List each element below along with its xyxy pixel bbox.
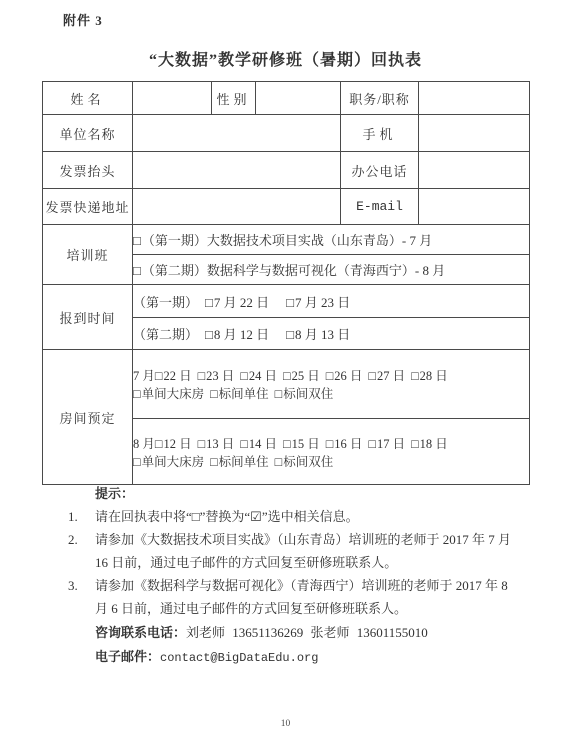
org-label: 单位名称 [43, 115, 133, 152]
checkbox-icon[interactable]: □ [198, 369, 206, 383]
checkbox-icon[interactable]: □ [133, 263, 141, 278]
checkbox-icon[interactable]: □ [326, 437, 334, 451]
invoice-address-value-cell[interactable] [133, 189, 341, 225]
page-number: 10 [0, 719, 571, 729]
checkbox-icon[interactable]: □ [368, 437, 376, 451]
checkbox-icon[interactable]: □ [155, 369, 163, 383]
checkin-date-label: 8 月 13 日 [295, 327, 350, 342]
checkbox-icon[interactable]: □ [210, 455, 218, 469]
email-value-cell[interactable] [419, 189, 530, 225]
training-option-label: （第二期）数据科学与数据可视化（青海西宁）- 8 月 [142, 263, 445, 278]
attachment-label: 附件 3 [63, 10, 103, 29]
room-type-label: 标间单住 [219, 455, 269, 469]
checkbox-icon[interactable]: □ [286, 327, 294, 342]
checkbox-icon[interactable]: □ [133, 455, 141, 469]
checkin-date-label: 7 月 22 日 [214, 295, 269, 310]
position-label: 职务/职称 [341, 82, 419, 115]
table-row: 发票抬头 办公电话 [43, 152, 530, 189]
checkbox-icon[interactable]: □ [205, 327, 213, 342]
note-number: 2. [68, 528, 95, 574]
training-class-label: 培训班 [43, 225, 133, 285]
checkbox-icon[interactable]: □ [286, 295, 294, 310]
training-option-1: □（第一期）大数据技术项目实战（山东青岛）- 7 月 [133, 225, 530, 255]
name-label: 姓名 [43, 82, 133, 115]
room-type-label: 单间大床房 [142, 387, 205, 401]
room-july-cell: 7 月□22 日□23 日□24 日□25 日□26 日□27 日□28 日 □… [133, 350, 530, 419]
office-phone-value-cell[interactable] [419, 152, 530, 189]
session-prefix: （第二期） [133, 327, 198, 342]
table-row: 姓名 性别 职务/职称 [43, 82, 530, 115]
reply-form-table: 姓名 性别 职务/职称 单位名称 手机 发票抬头 办公电话 发票快递地址 [42, 81, 530, 485]
contact-phone-label: 咨询联系电话： [95, 625, 186, 640]
invoice-address-label: 发票快递地址 [43, 189, 133, 225]
contact-phone-value: 刘老师 13651136269 张老师 13601155010 [186, 625, 428, 640]
note-item-3: 3. 请参加《数据科学与数据可视化》（青海西宁）培训班的老师于 2017 年 8… [68, 574, 519, 620]
room-date-label: 15 日 [292, 437, 320, 451]
contact-email-label: 电子邮件： [95, 649, 160, 664]
contact-email-line: 电子邮件：contact@BigDataEdu.org [95, 645, 519, 670]
room-date-label: 23 日 [206, 369, 234, 383]
notes-section: 提示： 1. 请在回执表中将“□”替换为“☑”选中相关信息。 2. 请参加《大数… [0, 482, 519, 670]
session-prefix: （第一期） [133, 295, 198, 310]
checkbox-icon[interactable]: □ [133, 233, 141, 248]
contact-email-value: contact@BigDataEdu.org [160, 651, 318, 665]
table-row: 发票快递地址 E-mail [43, 189, 530, 225]
checkbox-icon[interactable]: □ [275, 387, 283, 401]
gender-label: 性别 [212, 82, 256, 115]
org-value-cell[interactable] [133, 115, 341, 152]
room-types-line: □单间大床房□标间单住□标间双住 [133, 384, 529, 402]
note-number: 3. [68, 574, 95, 620]
invoice-title-label: 发票抬头 [43, 152, 133, 189]
checkbox-icon[interactable]: □ [368, 369, 376, 383]
room-date-label: 18 日 [420, 437, 448, 451]
room-dates-line: 7 月□22 日□23 日□24 日□25 日□26 日□27 日□28 日 [133, 366, 529, 384]
notes-heading: 提示： [95, 482, 519, 505]
table-row: 单位名称 手机 [43, 115, 530, 152]
room-type-label: 标间双住 [283, 387, 333, 401]
room-date-label: 14 日 [249, 437, 277, 451]
note-item-2: 2. 请参加《大数据技术项目实战》（山东青岛）培训班的老师于 2017 年 7 … [68, 528, 519, 574]
room-date-label: 28 日 [420, 369, 448, 383]
room-date-label: 26 日 [334, 369, 362, 383]
checkbox-icon[interactable]: □ [205, 295, 213, 310]
checkin-row-2: （第二期）□8 月 12 日□8 月 13 日 [133, 318, 530, 350]
checkin-date-label: 8 月 12 日 [214, 327, 269, 342]
room-types-line: □单间大床房□标间单住□标间双住 [133, 452, 529, 470]
training-option-label: （第一期）大数据技术项目实战（山东青岛）- 7 月 [142, 233, 432, 248]
checkbox-icon[interactable]: □ [275, 455, 283, 469]
room-type-label: 标间单住 [219, 387, 269, 401]
checkbox-icon[interactable]: □ [133, 387, 141, 401]
position-value-cell[interactable] [419, 82, 530, 115]
office-phone-label: 办公电话 [341, 152, 419, 189]
table-row: 报到时间 （第一期）□7 月 22 日□7 月 23 日 [43, 285, 530, 318]
checkbox-icon[interactable]: □ [283, 437, 291, 451]
checkbox-icon[interactable]: □ [210, 387, 218, 401]
room-date-label: 17 日 [377, 437, 405, 451]
room-august-cell: 8 月□12 日□13 日□14 日□15 日□16 日□17 日□18 日 □… [133, 419, 530, 485]
invoice-title-value-cell[interactable] [133, 152, 341, 189]
note-number: 1. [68, 505, 95, 528]
room-date-label: 25 日 [292, 369, 320, 383]
training-option-2: □（第二期）数据科学与数据可视化（青海西宁）- 8 月 [133, 255, 530, 285]
note-text: 请参加《大数据技术项目实战》（山东青岛）培训班的老师于 2017 年 7 月 1… [95, 528, 519, 574]
contact-phone-line: 咨询联系电话：刘老师 13651136269 张老师 13601155010 [95, 621, 519, 644]
room-dates-line: 8 月□12 日□13 日□14 日□15 日□16 日□17 日□18 日 [133, 434, 529, 452]
room-date-label: 12 日 [163, 437, 191, 451]
name-value-cell[interactable] [133, 82, 212, 115]
checkbox-icon[interactable]: □ [198, 437, 206, 451]
room-type-label: 标间双住 [283, 455, 333, 469]
room-date-label: 13 日 [206, 437, 234, 451]
checkin-date-label: 7 月 23 日 [295, 295, 350, 310]
checkbox-icon[interactable]: □ [240, 369, 248, 383]
room-date-label: 22 日 [163, 369, 191, 383]
mobile-value-cell[interactable] [419, 115, 530, 152]
room-date-label: 24 日 [249, 369, 277, 383]
checkbox-icon[interactable]: □ [411, 369, 419, 383]
page-title: “大数据”教学研修班（暑期）回执表 [0, 47, 571, 70]
checkin-time-label: 报到时间 [43, 285, 133, 350]
room-type-label: 单间大床房 [142, 455, 205, 469]
table-row: 房间预定 7 月□22 日□23 日□24 日□25 日□26 日□27 日□2… [43, 350, 530, 419]
checkbox-icon[interactable]: □ [411, 437, 419, 451]
mobile-label: 手机 [341, 115, 419, 152]
room-date-label: 16 日 [334, 437, 362, 451]
note-text: 请参加《数据科学与数据可视化》（青海西宁）培训班的老师于 2017 年 8 月 … [95, 574, 519, 620]
table-row: 培训班 □（第一期）大数据技术项目实战（山东青岛）- 7 月 [43, 225, 530, 255]
note-text: 请在回执表中将“□”替换为“☑”选中相关信息。 [95, 505, 519, 528]
checkbox-icon[interactable]: □ [240, 437, 248, 451]
email-label: E-mail [341, 189, 419, 225]
room-date-label: 27 日 [377, 369, 405, 383]
room-month-label: 8 月 [133, 437, 155, 451]
gender-value-cell[interactable] [256, 82, 341, 115]
room-month-label: 7 月 [133, 369, 155, 383]
checkin-row-1: （第一期）□7 月 22 日□7 月 23 日 [133, 285, 530, 318]
document-page: 附件 3 “大数据”教学研修班（暑期）回执表 姓名 性别 职务/职称 单位名称 … [0, 0, 571, 744]
checkbox-icon[interactable]: □ [283, 369, 291, 383]
note-item-1: 1. 请在回执表中将“□”替换为“☑”选中相关信息。 [68, 505, 519, 528]
checkbox-icon[interactable]: □ [155, 437, 163, 451]
room-booking-label: 房间预定 [43, 350, 133, 485]
checkbox-icon[interactable]: □ [326, 369, 334, 383]
